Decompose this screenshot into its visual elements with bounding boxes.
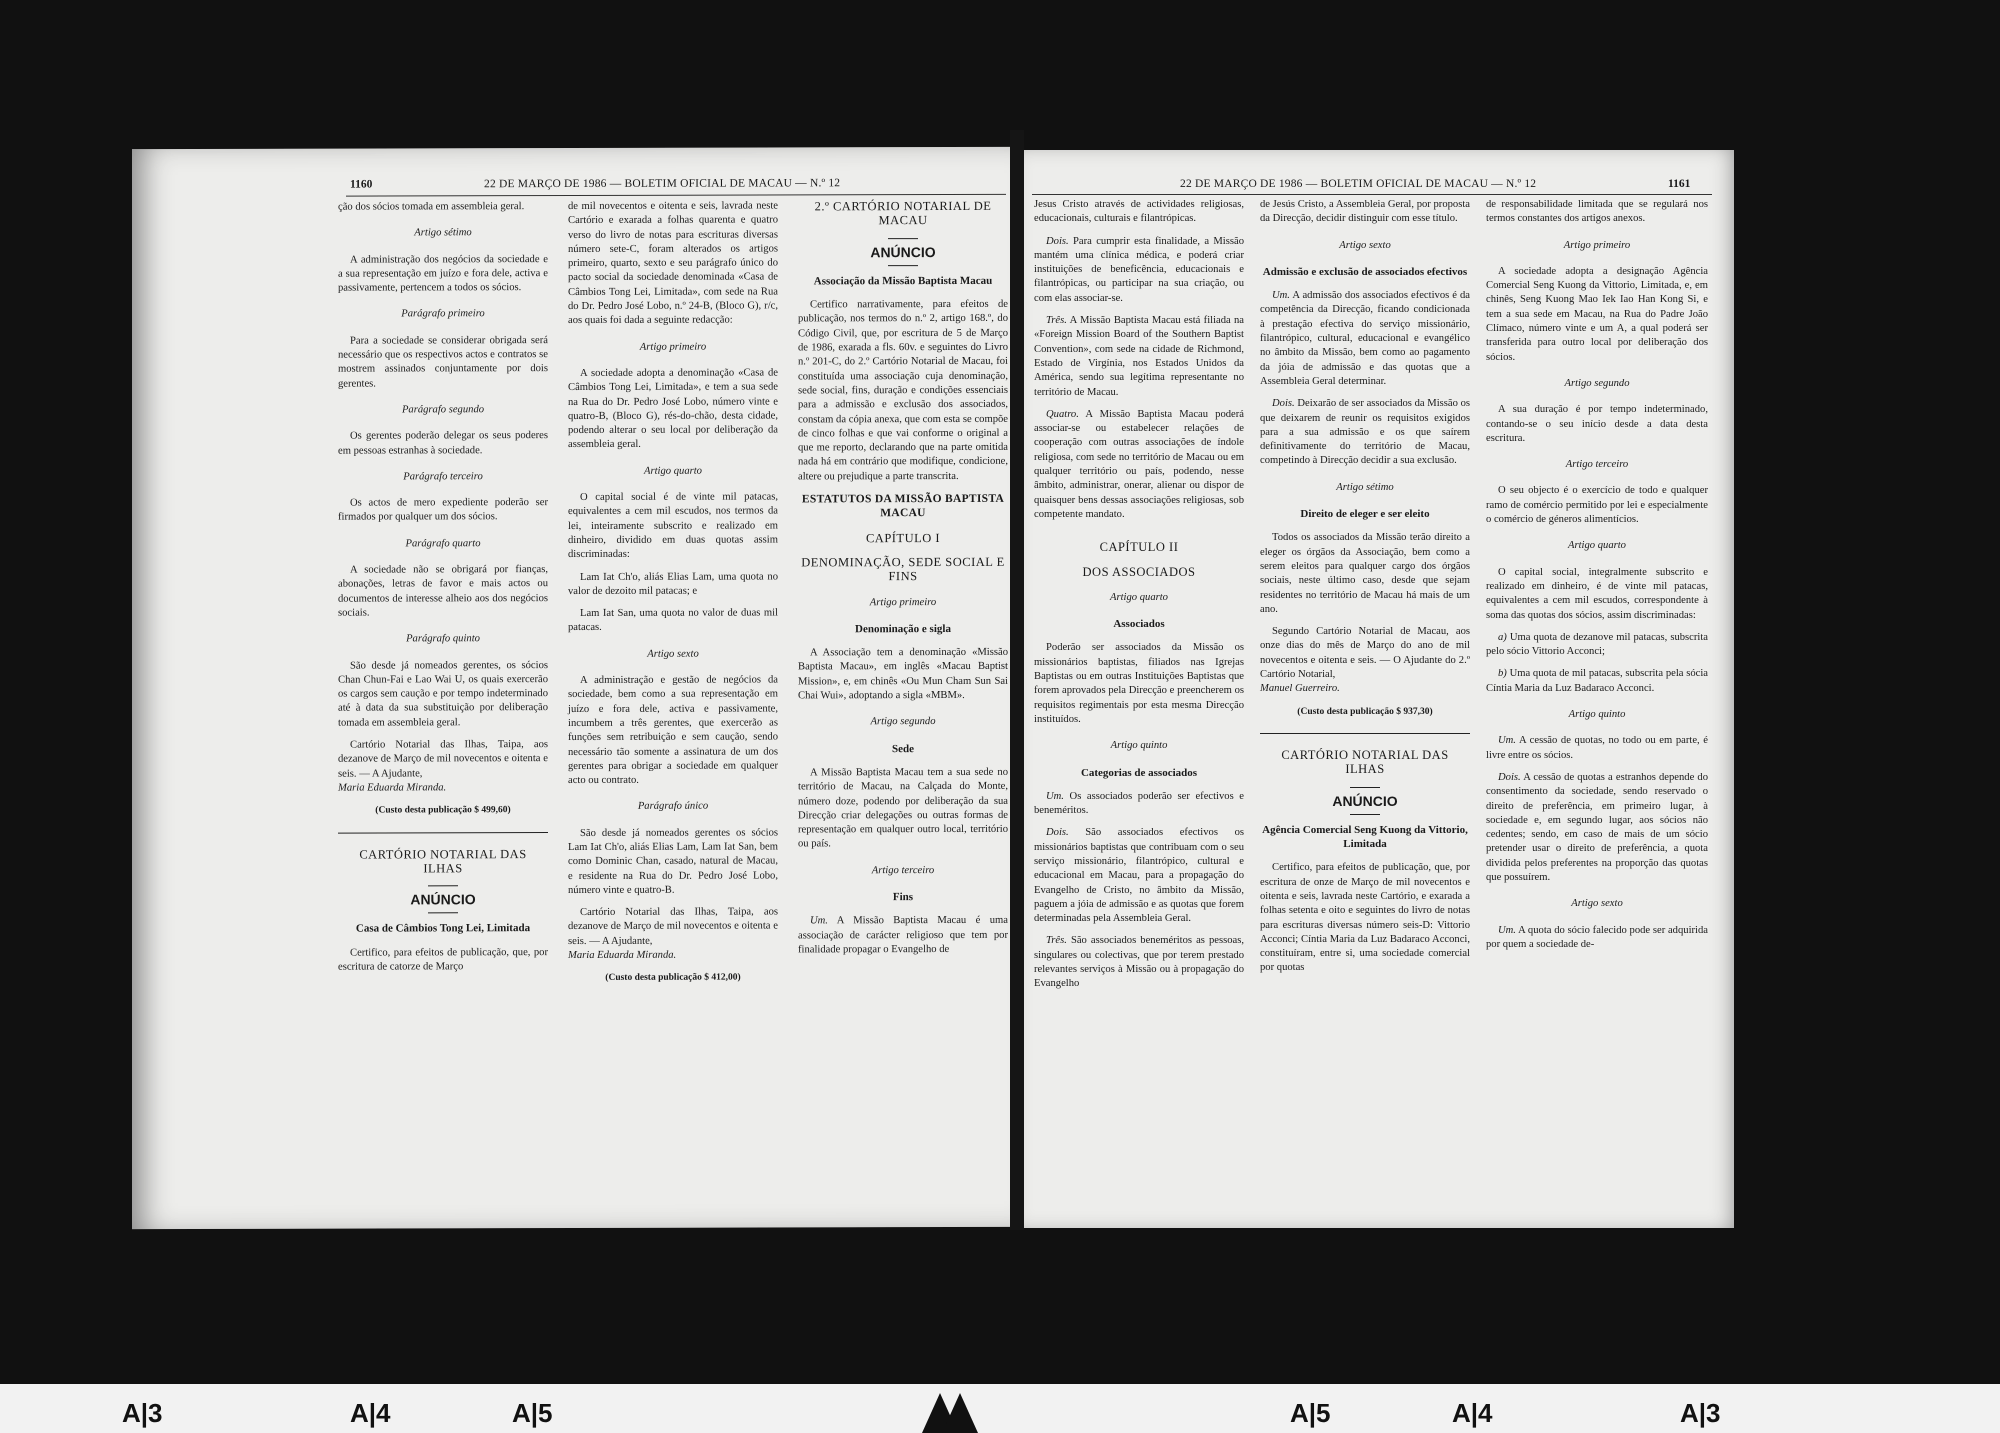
article-heading: Artigo quarto	[568, 464, 778, 479]
article-heading: Artigo quarto	[1034, 591, 1244, 605]
divider	[428, 885, 458, 886]
article-heading: Artigo quinto	[1486, 708, 1708, 722]
announcement-title: ANÚNCIO	[338, 892, 548, 907]
announcement-title: ANÚNCIO	[1260, 794, 1470, 808]
chapter-title: CAPÍTULO II	[1034, 540, 1244, 554]
divider	[428, 913, 458, 914]
paragraph: Todos os associados da Missão terão dire…	[1260, 531, 1470, 617]
clause-text: A cessão de quotas, no todo ou em parte,…	[1486, 735, 1708, 760]
paragraph: O capital social é de vinte mil patacas,…	[568, 491, 778, 563]
article-heading: Artigo sétimo	[1260, 481, 1470, 495]
paragraph: a) Uma quota de dezanove mil patacas, su…	[1486, 631, 1708, 660]
paragraph: de responsabilidade limitada que se regu…	[1486, 198, 1708, 227]
clause-text: A Missão Baptista Macau poderá associar-…	[1034, 409, 1244, 520]
clause-text: São associados efectivos os missionários…	[1034, 827, 1244, 924]
film-frame-mark: A|3	[1680, 1398, 1721, 1429]
header-rule	[1032, 194, 1712, 195]
clause-number: Dois.	[1498, 772, 1521, 783]
clause-text: A quota do sócio falecido pode ser adqui…	[1486, 925, 1708, 950]
section-divider	[1260, 733, 1470, 734]
right-column-3: de responsabilidade limitada que se regu…	[1486, 198, 1708, 960]
clause-text: A cessão de quotas a estranhos depende d…	[1486, 772, 1708, 883]
article-subject: Fins	[798, 890, 1008, 905]
article-subject: Categorias de associados	[1034, 766, 1244, 780]
article-heading: Artigo primeiro	[798, 595, 1008, 610]
clause-number: Dois.	[1046, 236, 1069, 247]
announcement-title: ANÚNCIO	[798, 244, 1008, 259]
article-heading: Artigo segundo	[798, 715, 1008, 730]
article-heading: Parágrafo terceiro	[338, 470, 548, 485]
clause-text: Os associados poderão ser efectivos e be…	[1034, 791, 1244, 816]
article-subject: Admissão e exclusão de associados efecti…	[1260, 265, 1470, 279]
divider	[1350, 814, 1380, 815]
clause-number: Quatro.	[1046, 409, 1079, 420]
article-subject: Associados	[1034, 617, 1244, 631]
clause-text: Uma quota de dezanove mil patacas, subsc…	[1486, 632, 1708, 657]
paragraph: A Missão Baptista Macau tem a sua sede n…	[798, 766, 1008, 852]
paragraph: Segundo Cartório Notarial de Macau, aos …	[1260, 625, 1470, 682]
article-heading: Artigo quinto	[1034, 739, 1244, 753]
right-column-2: de Jesús Cristo, a Assembleia Geral, por…	[1260, 198, 1470, 984]
paragraph: Três. São associados beneméritos as pess…	[1034, 934, 1244, 991]
article-heading: Parágrafo quinto	[338, 632, 548, 647]
article-subject: Sede	[798, 741, 1008, 756]
paragraph: Os actos de mero expediente poderão ser …	[338, 496, 548, 525]
clause-number: b)	[1498, 668, 1507, 679]
article-heading: Artigo terceiro	[798, 864, 1008, 879]
company-name: Agência Comercial Seng Kuong da Vittorio…	[1260, 823, 1470, 852]
article-heading: Artigo primeiro	[1486, 239, 1708, 253]
divider	[888, 265, 918, 266]
film-frame-mark: A|4	[350, 1398, 391, 1429]
article-heading: Artigo sétimo	[338, 226, 548, 241]
film-frame-mark: A|3	[122, 1398, 163, 1429]
film-notch-right-icon	[942, 1393, 978, 1433]
signature: Maria Eduarda Miranda.	[338, 781, 548, 796]
article-heading: Artigo sexto	[568, 647, 778, 662]
left-page: 1160 22 DE MARÇO DE 1986 — BOLETIM OFICI…	[132, 147, 1010, 1229]
left-column-1: ção dos sócios tomada em assembleia gera…	[338, 200, 548, 983]
paragraph: Lam Iat San, uma quota no valor de duas …	[568, 607, 778, 636]
paragraph: A sociedade adopta a denominação «Casa d…	[568, 366, 778, 452]
page-header: 22 DE MARÇO DE 1986 — BOLETIM OFICIAL DE…	[1180, 178, 1536, 190]
paragraph: A sua duração é por tempo indeterminado,…	[1486, 403, 1708, 446]
paragraph: O capital social, integralmente subscrit…	[1486, 566, 1708, 623]
paragraph: Certifico, para efeitos de publicação, q…	[1260, 861, 1470, 975]
paragraph: Os gerentes poderão delegar os seus pode…	[338, 429, 548, 458]
page-header: 22 DE MARÇO DE 1986 — BOLETIM OFICIAL DE…	[484, 177, 840, 190]
statutes-title: ESTATUTOS DA MISSÃO BAPTISTA MACAU	[798, 492, 1008, 521]
paragraph: Um. A admissão dos associados efectivos …	[1260, 289, 1470, 389]
article-heading: Parágrafo segundo	[338, 403, 548, 418]
paragraph: ção dos sócios tomada em assembleia gera…	[338, 200, 548, 215]
clause-number: Um.	[1498, 735, 1516, 746]
publication-cost: (Custo desta publicação $ 412,00)	[568, 971, 778, 986]
publication-cost: (Custo desta publicação $ 499,60)	[338, 803, 548, 818]
article-subject: Denominação e sigla	[798, 622, 1008, 637]
paragraph: Para a sociedade se considerar obrigada …	[338, 334, 548, 392]
clause-text: A Missão Baptista Macau está filiada na …	[1034, 315, 1244, 397]
association-name: Associação da Missão Baptista Macau	[798, 274, 1008, 289]
notary-office-title: CARTÓRIO NOTARIAL DAS ILHAS	[1260, 748, 1470, 777]
right-page: 22 DE MARÇO DE 1986 — BOLETIM OFICIAL DE…	[1024, 150, 1734, 1228]
company-name: Casa de Câmbios Tong Lei, Limitada	[338, 921, 548, 936]
page-number: 1161	[1668, 178, 1690, 190]
article-heading: Artigo sexto	[1486, 897, 1708, 911]
paragraph: Um. A quota do sócio falecido pode ser a…	[1486, 924, 1708, 953]
signature: Manuel Guerreiro.	[1260, 682, 1470, 696]
paragraph: b) Uma quota de mil patacas, subscrita p…	[1486, 667, 1708, 696]
article-heading: Parágrafo primeiro	[338, 308, 548, 323]
chapter-subtitle: DENOMINAÇÃO, SEDE SOCIAL E FINS	[798, 555, 1008, 584]
publication-cost: (Custo desta publicação $ 937,30)	[1260, 705, 1470, 719]
paragraph: Cartório Notarial das Ilhas, Taipa, aos …	[568, 906, 778, 949]
article-heading: Artigo terceiro	[1486, 458, 1708, 472]
clause-text: Uma quota de mil patacas, subscrita pela…	[1486, 668, 1708, 693]
divider	[888, 238, 918, 239]
divider	[1350, 787, 1380, 788]
left-column-3: 2.º CARTÓRIO NOTARIAL DE MACAU ANÚNCIO A…	[798, 199, 1008, 966]
paragraph: Um. A cessão de quotas, no todo ou em pa…	[1486, 734, 1708, 763]
paragraph: de Jesús Cristo, a Assembleia Geral, por…	[1260, 198, 1470, 227]
clause-number: Dois.	[1046, 827, 1069, 838]
article-heading: Artigo sexto	[1260, 239, 1470, 253]
clause-text: A admissão dos associados efectivos é da…	[1260, 290, 1470, 387]
paragraph: Quatro. A Missão Baptista Macau poderá a…	[1034, 408, 1244, 522]
paragraph: A sociedade não se obrigará por fianças,…	[338, 563, 548, 621]
paragraph: Poderão ser associados da Missão os miss…	[1034, 641, 1244, 727]
film-frame-mark: A|5	[1290, 1398, 1331, 1429]
clause-number: Três.	[1046, 935, 1067, 946]
clause-number: a)	[1498, 632, 1507, 643]
clause-number: Um.	[1046, 791, 1064, 802]
chapter-subtitle: DOS ASSOCIADOS	[1034, 565, 1244, 579]
clause-number: Um.	[1272, 290, 1290, 301]
signature: Maria Eduarda Miranda.	[568, 949, 778, 964]
book-gutter	[1010, 130, 1024, 1230]
right-column-1: Jesus Cristo através de actividades reli…	[1034, 198, 1244, 1000]
clause-number: Um.	[810, 916, 828, 927]
paragraph: Jesus Cristo através de actividades reli…	[1034, 198, 1244, 227]
article-heading: Parágrafo único	[568, 800, 778, 815]
paragraph: Dois. São associados efectivos os missio…	[1034, 826, 1244, 926]
article-heading: Parágrafo quarto	[338, 537, 548, 552]
paragraph: Dois. Deixarão de ser associados da Miss…	[1260, 397, 1470, 468]
section-divider	[338, 832, 548, 834]
paragraph: Três. A Missão Baptista Macau está filia…	[1034, 314, 1244, 400]
paragraph: Dois. A cessão de quotas a estranhos dep…	[1486, 771, 1708, 885]
paragraph: São desde já nomeados gerentes, os sócio…	[338, 659, 548, 731]
paragraph: Certifico, para efeitos de publicação, q…	[338, 946, 548, 975]
article-subject: Direito de eleger e ser eleito	[1260, 507, 1470, 521]
paragraph: São desde já nomeados gerentes os sócios…	[568, 826, 778, 898]
notary-office-title: CARTÓRIO NOTARIAL DAS ILHAS	[338, 847, 548, 876]
paragraph: de mil novecentos e oitenta e seis, lavr…	[568, 199, 778, 328]
header-rule	[346, 194, 1006, 197]
notary-office-title: 2.º CARTÓRIO NOTARIAL DE MACAU	[798, 199, 1008, 228]
page-number: 1160	[350, 179, 372, 191]
film-frame-mark: A|4	[1452, 1398, 1493, 1429]
paragraph: A administração dos negócios da sociedad…	[338, 253, 548, 296]
clause-number: Três.	[1046, 315, 1067, 326]
paragraph: O seu objecto é o exercício de todo e qu…	[1486, 484, 1708, 527]
paragraph: Um. Os associados poderão ser efectivos …	[1034, 790, 1244, 819]
paragraph: Lam Iat Ch'o, aliás Elias Lam, uma quota…	[568, 570, 778, 599]
article-heading: Artigo segundo	[1486, 377, 1708, 391]
paragraph: A Associação tem a denominação «Missão B…	[798, 646, 1008, 704]
clause-number: Dois.	[1272, 398, 1295, 409]
paragraph: Dois. Para cumprir esta finalidade, a Mi…	[1034, 235, 1244, 306]
chapter-title: CAPÍTULO I	[798, 530, 1008, 545]
left-column-2: de mil novecentos e oitenta e seis, lavr…	[568, 199, 778, 993]
paragraph: Certifico narrativamente, para efeitos d…	[798, 298, 1008, 484]
paragraph: A sociedade adopta a designação Agência …	[1486, 265, 1708, 365]
article-heading: Artigo primeiro	[568, 340, 778, 355]
article-heading: Artigo quarto	[1486, 539, 1708, 553]
paragraph: Cartório Notarial das Ilhas, Taipa, aos …	[338, 738, 548, 781]
paragraph: A administração e gestão de negócios da …	[568, 673, 778, 788]
paragraph: Um. A Missão Baptista Macau é uma associ…	[798, 914, 1008, 957]
clause-text: A Missão Baptista Macau é uma associação…	[798, 915, 1008, 955]
film-frame-mark: A|5	[512, 1398, 553, 1429]
clause-number: Um.	[1498, 925, 1516, 936]
